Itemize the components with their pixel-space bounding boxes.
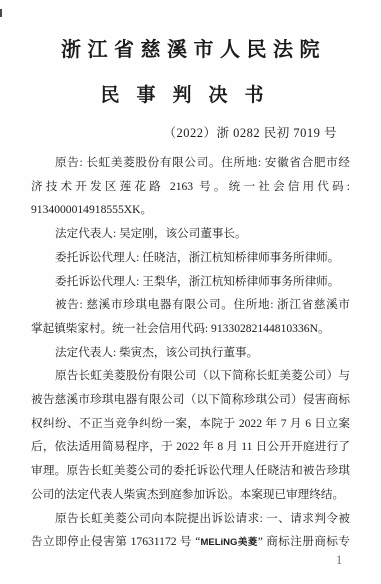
paragraph: 法定代表人: 柴寅杰，该公司执行董事。 [31, 341, 350, 365]
paragraph: 原告长虹美菱公司向本院提出诉讼请求: 一、请求判令被告立即停止侵害第 17631… [31, 507, 350, 555]
text-segment: 告立即停止侵害第 17631172 号 “ [31, 535, 200, 548]
text-line: 原告长虹美菱股份有限公司（以下简称长虹美菱公司）与 [31, 364, 350, 388]
text-line: 权纠纷、不正当竞争纠纷一案，本院于 2022 年 7 月 6 日立案 [31, 412, 350, 436]
text-line: 掌起镇柴家村。统一社会信用代码: 91330282144810336N。 [31, 317, 350, 341]
text-line: 济技术开发区莲花路 2163 号。统一社会信用代码: [31, 175, 350, 199]
paragraph: 委托诉讼代理人: 任晓洁，浙江杭知桥律师事务所律师。 [31, 246, 350, 270]
document-type-title: 民事判决书 [0, 85, 381, 107]
text-line: 9134000014918555XK。 [31, 198, 350, 222]
text-line: 法定代表人: 吴定刚，该公司董事长。 [31, 222, 350, 246]
document-body: 原告: 长虹美菱股份有限公司。住所地: 安徽省合肥市经济技术开发区莲花路 216… [31, 151, 350, 555]
text-line: 原告长虹美菱公司向本院提出诉讼请求: 一、请求判令被 [31, 507, 350, 531]
text-line: 被告: 慈溪市珍琪电器有限公司。住所地: 浙江省慈溪市 [31, 293, 350, 317]
case-number: （2022）浙 0282 民初 7019 号 [163, 126, 337, 141]
text-line: 委托诉讼代理人: 王梨华，浙江杭知桥律师事务所律师。 [31, 270, 350, 294]
court-name-title: 浙江省慈溪市人民法院 [0, 39, 381, 61]
text-line: 后，依法适用简易程序，于 2022 年 8 月 11 日公开开庭进行了 [31, 435, 350, 459]
text-line: 告立即停止侵害第 17631172 号 “MELiNG美菱” 商标注册商标专 [31, 530, 350, 555]
paragraph: 法定代表人: 吴定刚，该公司董事长。 [31, 222, 350, 246]
meling-trademark-logo: MELiNG美菱 [200, 537, 257, 548]
text-line: 被告慈溪市珍琪电器有限公司（以下简称珍琪公司）侵害商标 [31, 388, 350, 412]
scan-edge-artifact [0, 9, 2, 17]
judgment-document-page: 浙江省慈溪市人民法院 民事判决书 （2022）浙 0282 民初 7019 号 … [0, 0, 381, 584]
paragraph: 原告长虹美菱股份有限公司（以下简称长虹美菱公司）与被告慈溪市珍琪电器有限公司（以… [31, 364, 350, 506]
text-line: 原告: 长虹美菱股份有限公司。住所地: 安徽省合肥市经 [31, 151, 350, 175]
text-line: 审理。原告长虹美菱公司的委托诉讼代理人任晓洁和被告珍琪 [31, 459, 350, 483]
paragraph: 被告: 慈溪市珍琪电器有限公司。住所地: 浙江省慈溪市掌起镇柴家村。统一社会信用… [31, 293, 350, 340]
text-line: 公司的法定代表人柴寅杰到庭参加诉讼。本案现已审理终结。 [31, 483, 350, 507]
paragraph: 委托诉讼代理人: 王梨华，浙江杭知桥律师事务所律师。 [31, 270, 350, 294]
text-segment: ” 商标注册商标专 [258, 535, 350, 548]
text-line: 委托诉讼代理人: 任晓洁，浙江杭知桥律师事务所律师。 [31, 246, 350, 270]
page-number: 1 [336, 552, 342, 568]
paragraph: 原告: 长虹美菱股份有限公司。住所地: 安徽省合肥市经济技术开发区莲花路 216… [31, 151, 350, 222]
text-line: 法定代表人: 柴寅杰，该公司执行董事。 [31, 341, 350, 365]
